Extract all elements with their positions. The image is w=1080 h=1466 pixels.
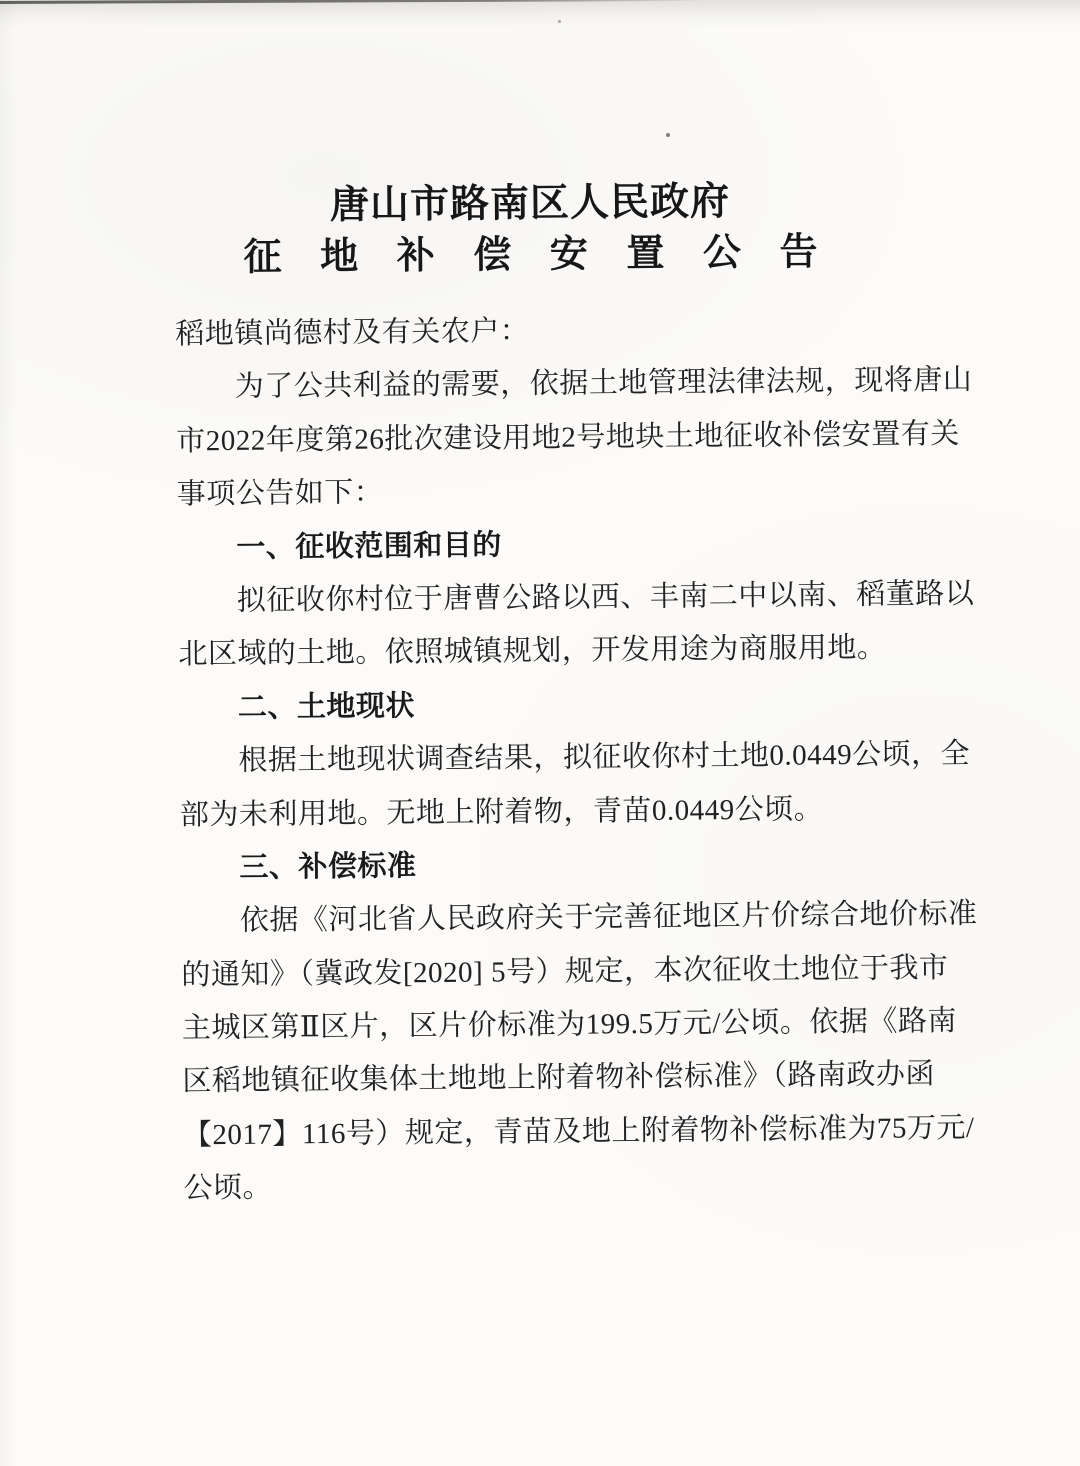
intro-line-3: 事项公告如下： — [177, 462, 919, 523]
section-3-heading: 三、补偿标准 — [180, 835, 922, 896]
section-1-line-1: 拟征收你村位于唐曹公路以西、丰南二中以南、稻董路以 — [178, 568, 920, 629]
scan-top-shadow — [0, 0, 1080, 28]
section-3-line-1: 依据《河北省人民政府关于完善征地区片价综合地价标准 — [181, 889, 923, 950]
title-line-2: 征 地 补 偿 安 置 公 告 — [0, 225, 1066, 285]
scan-speck — [666, 133, 670, 137]
document-body: 稻地镇尚德村及有关农户： 为了公共利益的需要，依据土地管理法律法规，现将唐山 市… — [175, 301, 926, 1216]
scanned-document-page: 唐山市路南区人民政府 征 地 补 偿 安 置 公 告 稻地镇尚德村及有关农户： … — [0, 0, 1080, 1466]
scan-edge-artifact — [0, 0, 704, 4]
section-3-line-5: 【2017】116号）规定，青苗及地上附着物补偿标准为75万元/ — [183, 1102, 925, 1163]
scan-speck — [558, 20, 561, 23]
intro-line-2: 市2022年度第26批次建设用地2号地块土地征收补偿安置有关 — [176, 408, 918, 469]
document-title: 唐山市路南区人民政府 征 地 补 偿 安 置 公 告 — [0, 173, 1066, 285]
section-3-line-6: 公顷。 — [183, 1156, 925, 1217]
section-2-line-1: 根据土地现状调查结果，拟征收你村土地0.0449公顷，全 — [179, 728, 921, 789]
section-2-line-2: 部为未利用地。无地上附着物，青苗0.0449公顷。 — [180, 782, 922, 843]
salutation-line: 稻地镇尚德村及有关农户： — [175, 301, 917, 362]
section-3-line-3: 主城区第Ⅱ区片，区片价标准为199.5万元/公顷。依据《路南 — [182, 995, 924, 1056]
intro-line-1: 为了公共利益的需要，依据土地管理法律法规，现将唐山 — [176, 355, 918, 416]
section-1-heading: 一、征收范围和目的 — [177, 515, 919, 576]
section-3-line-4: 区稻地镇征收集体土地地上附着物补偿标准》（路南政办函 — [182, 1049, 924, 1110]
section-2-heading: 二、土地现状 — [179, 675, 921, 736]
section-3-line-2: 的通知》（冀政发[2020] 5号）规定，本次征收土地位于我市 — [181, 942, 923, 1003]
section-1-line-2: 北区域的土地。依照城镇规划，开发用途为商服用地。 — [178, 622, 920, 683]
